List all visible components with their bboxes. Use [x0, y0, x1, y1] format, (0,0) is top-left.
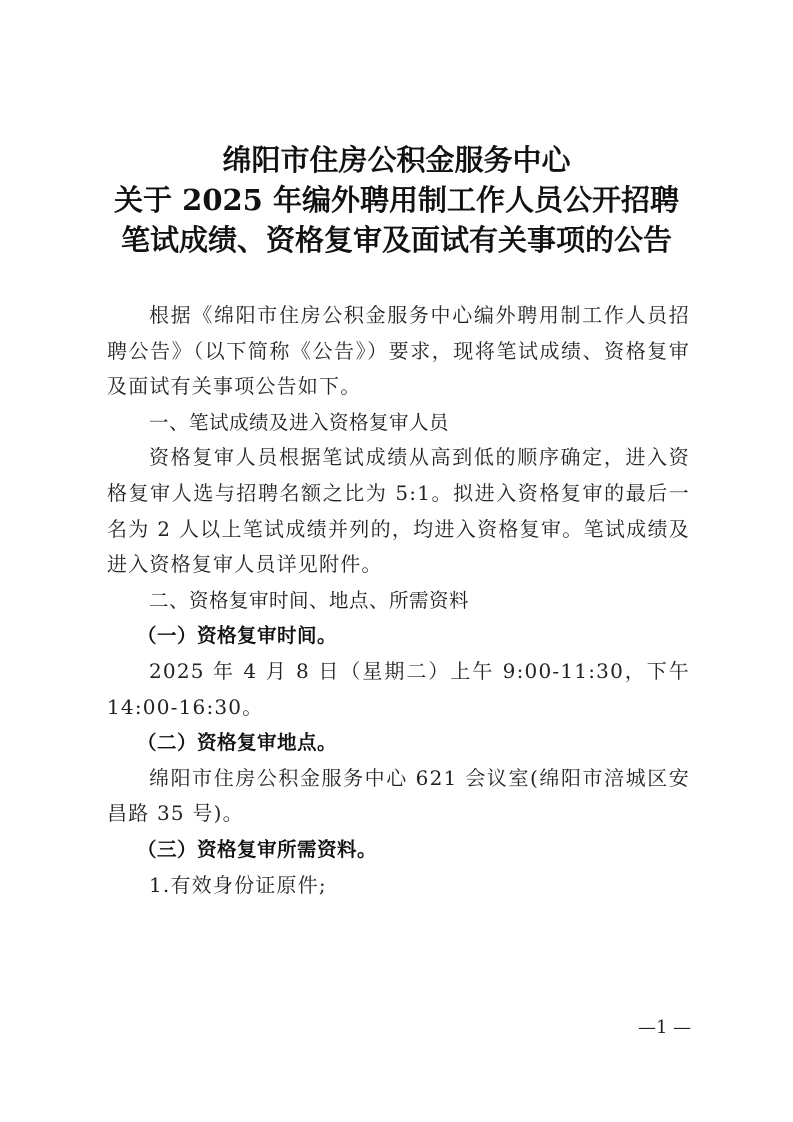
subsection-review-time-heading: （一）资格复审时间。 [107, 618, 690, 654]
title-line-2: 关于 2025 年编外聘用制工作人员公开招聘 [0, 180, 793, 220]
document-body: 根据《绵阳市住房公积金服务中心编外聘用制工作人员招聘公告》（以下简称《公告》）要… [107, 298, 690, 903]
materials-list-item: 1.有效身份证原件; [107, 868, 690, 904]
section-2-heading: 二、资格复审时间、地点、所需资料 [107, 583, 690, 619]
title-line-3: 笔试成绩、资格复审及面试有关事项的公告 [0, 220, 793, 260]
document-page: 绵阳市住房公积金服务中心 关于 2025 年编外聘用制工作人员公开招聘 笔试成绩… [0, 0, 793, 1122]
section-1-heading: 一、笔试成绩及进入资格复审人员 [107, 405, 690, 441]
subsection-review-materials-heading: （三）资格复审所需资料。 [107, 832, 690, 868]
document-title: 绵阳市住房公积金服务中心 关于 2025 年编外聘用制工作人员公开招聘 笔试成绩… [0, 140, 793, 260]
subsection-review-time-paragraph: 2025 年 4 月 8 日（星期二）上午 9:00-11:30，下午 14:0… [107, 654, 690, 725]
page-number: —1 — [638, 1017, 691, 1038]
subsection-review-location-paragraph: 绵阳市住房公积金服务中心 621 会议室(绵阳市涪城区安昌路 35 号)。 [107, 761, 690, 832]
subsection-review-location-heading: （二）资格复审地点。 [107, 725, 690, 761]
intro-paragraph: 根据《绵阳市住房公积金服务中心编外聘用制工作人员招聘公告》（以下简称《公告》）要… [107, 298, 690, 405]
title-line-1: 绵阳市住房公积金服务中心 [0, 140, 793, 180]
section-1-paragraph: 资格复审人员根据笔试成绩从高到低的顺序确定，进入资格复审人选与招聘名额之比为 5… [107, 440, 690, 582]
